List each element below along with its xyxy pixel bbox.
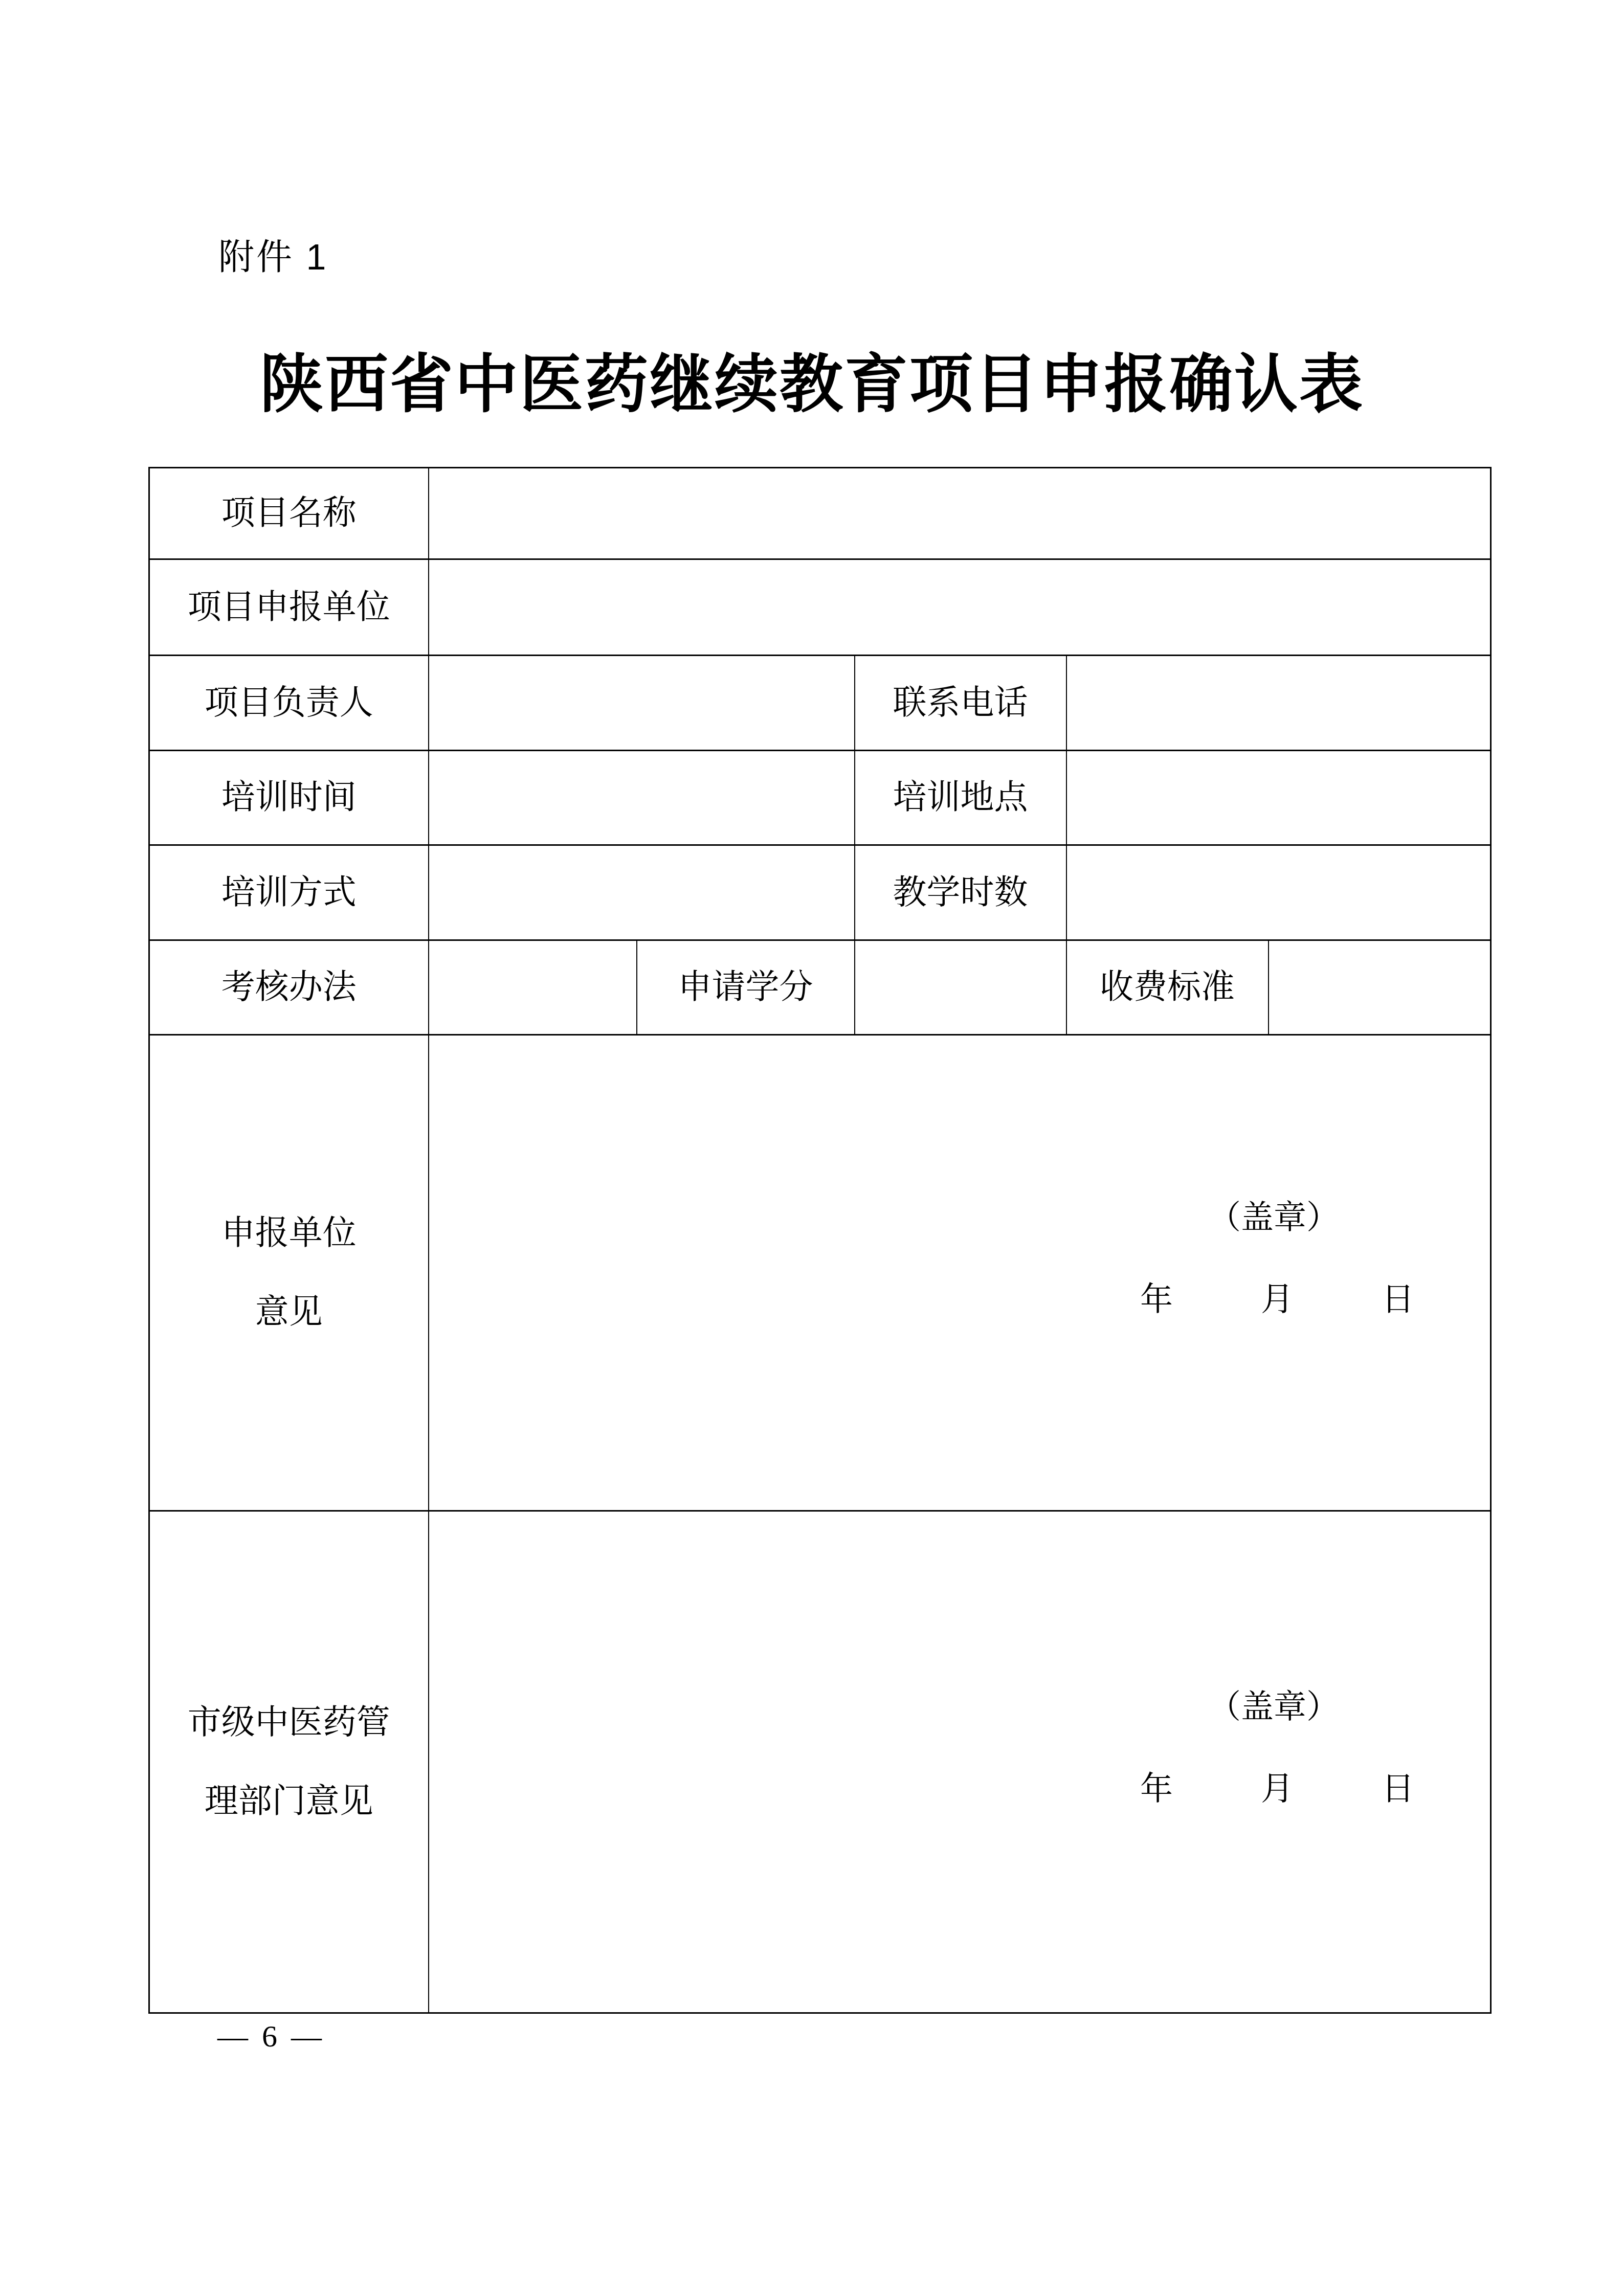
assessment-label: 考核办法 (149, 940, 429, 1035)
project-name-label: 项目名称 (149, 468, 429, 559)
municipal-opinion-date-line: 年 月 日 (1140, 1772, 1414, 1805)
municipal-opinion-year-label: 年 (1140, 1772, 1173, 1805)
municipal-opinion-label-line2: 理部门意见 (205, 1785, 373, 1818)
applicant-unit-value-cell (429, 559, 1491, 656)
municipal-opinion-seal-note: （盖章） (1208, 1691, 1339, 1723)
leader-value-cell (429, 656, 855, 751)
unit-opinion-month-label: 月 (1261, 1283, 1294, 1316)
unit-opinion-label-line1: 申报单位 (221, 1217, 357, 1250)
training-place-value-cell (1066, 751, 1491, 845)
training-time-label: 培训时间 (149, 751, 429, 845)
municipal-opinion-label: 市级中医药管 理部门意见 (149, 1511, 429, 2013)
phone-value-cell (1066, 656, 1491, 751)
municipal-opinion-content-cell: （盖章） 年 月 日 (429, 1511, 1491, 2013)
unit-opinion-day-label: 日 (1382, 1283, 1414, 1316)
applicant-unit-label: 项目申报单位 (149, 559, 429, 656)
municipal-opinion-label-line1: 市级中医药管 (188, 1706, 390, 1740)
document-title: 陕西省中医药继续教育项目申报确认表 (0, 352, 1624, 418)
teaching-hours-label: 教学时数 (855, 845, 1066, 940)
fee-value-cell (1269, 940, 1491, 1035)
attachment-note: 附件 1 (218, 239, 328, 275)
application-form-table: 项目名称 项目申报单位 项目负责人 联系电话 培训时间 培训地点 培训方式 (148, 467, 1492, 2014)
row-assessment-credits-fee: 考核办法 申请学分 收费标准 (149, 940, 1491, 1035)
fee-label: 收费标准 (1066, 940, 1269, 1035)
row-leader-phone: 项目负责人 联系电话 (149, 656, 1491, 751)
row-municipal-opinion: 市级中医药管 理部门意见 （盖章） 年 月 日 (149, 1511, 1491, 2013)
training-method-value-cell (429, 845, 855, 940)
teaching-hours-value-cell (1066, 845, 1491, 940)
assessment-value-cell (429, 940, 637, 1035)
project-name-value-cell (429, 468, 1491, 559)
municipal-opinion-day-label: 日 (1382, 1772, 1414, 1805)
credits-value-cell (855, 940, 1066, 1035)
unit-opinion-date-line: 年 月 日 (1140, 1283, 1414, 1316)
page-number: — 6 — (217, 2021, 325, 2052)
row-training-time-place: 培训时间 培训地点 (149, 751, 1491, 845)
row-unit-opinion: 申报单位 意见 （盖章） 年 月 日 (149, 1035, 1491, 1511)
row-training-method-hours: 培训方式 教学时数 (149, 845, 1491, 940)
municipal-opinion-month-label: 月 (1261, 1772, 1294, 1805)
unit-opinion-year-label: 年 (1140, 1283, 1173, 1316)
row-applicant-unit: 项目申报单位 (149, 559, 1491, 656)
leader-label: 项目负责人 (149, 656, 429, 751)
credits-label: 申请学分 (637, 940, 855, 1035)
unit-opinion-label: 申报单位 意见 (149, 1035, 429, 1511)
training-place-label: 培训地点 (855, 751, 1066, 845)
unit-opinion-content-cell: （盖章） 年 月 日 (429, 1035, 1491, 1511)
row-project-name: 项目名称 (149, 468, 1491, 559)
document-page: 附件 1 陕西省中医药继续教育项目申报确认表 项目名称 项目申报单位 项目负责人… (0, 0, 1624, 2296)
unit-opinion-seal-note: （盖章） (1208, 1201, 1339, 1234)
phone-label: 联系电话 (855, 656, 1066, 751)
training-time-value-cell (429, 751, 855, 845)
training-method-label: 培训方式 (149, 845, 429, 940)
unit-opinion-label-line2: 意见 (255, 1295, 323, 1329)
